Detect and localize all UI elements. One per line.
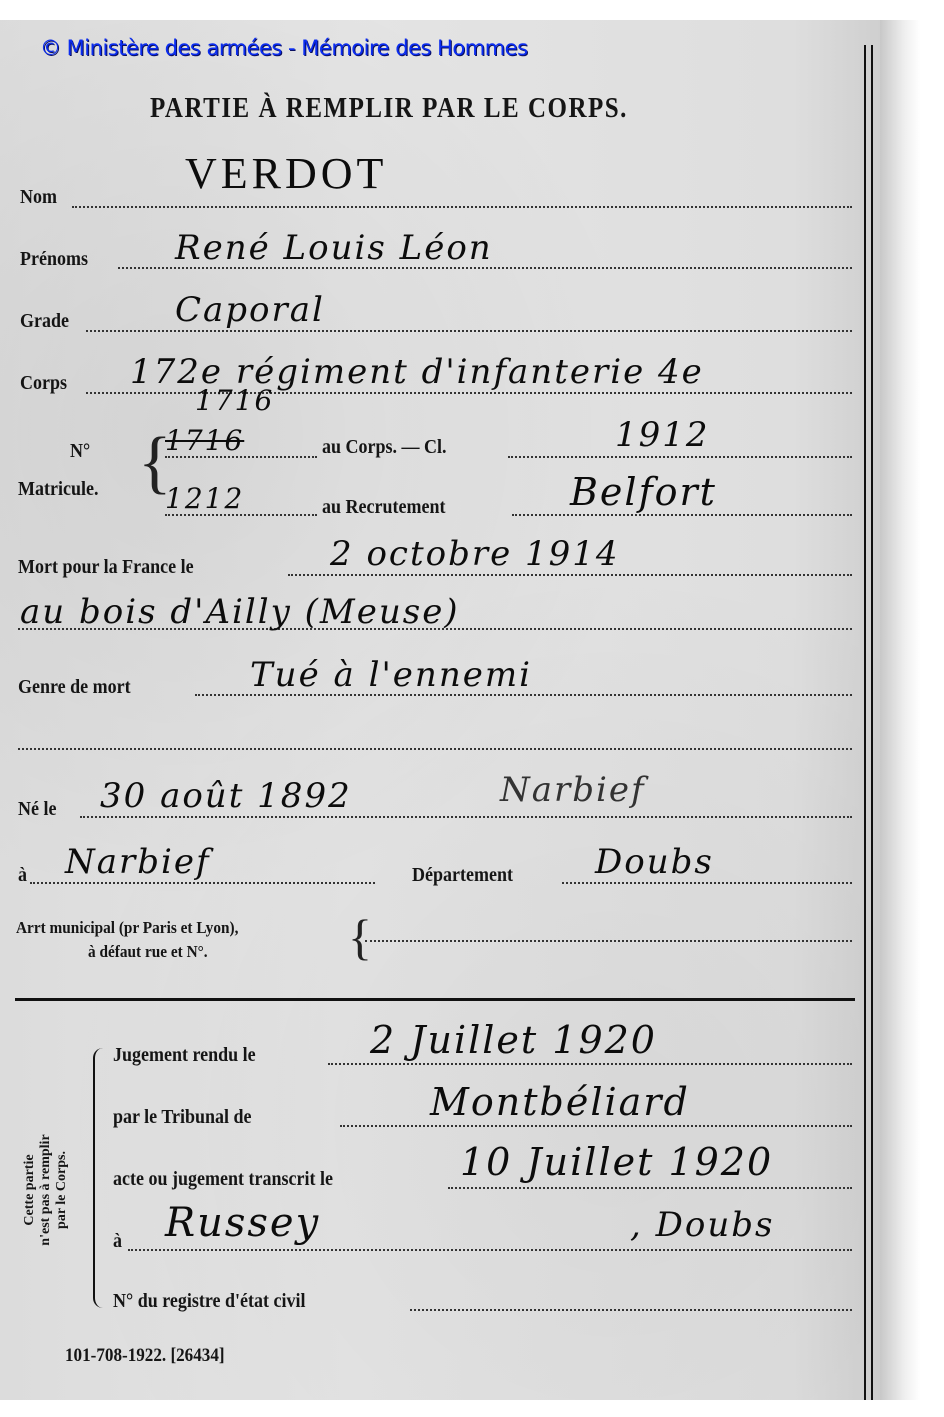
label-mort: Mort pour la France le bbox=[18, 556, 194, 579]
line-matricule-recrutement bbox=[165, 514, 317, 516]
label-departement: Département bbox=[412, 864, 513, 887]
label-ne: Né le bbox=[18, 798, 56, 821]
value-ne-note: Narbief bbox=[500, 770, 646, 810]
value-matricule-struck: 1716 bbox=[165, 424, 244, 457]
line-jugement-rendu bbox=[328, 1063, 852, 1065]
value-jugement-a: Russey bbox=[165, 1200, 320, 1246]
line-departement bbox=[562, 882, 852, 884]
margin-line-right bbox=[871, 45, 873, 1400]
label-registre: N° du registre d'état civil bbox=[113, 1290, 306, 1313]
line-tribunal bbox=[340, 1125, 852, 1127]
label-nom: Nom bbox=[20, 186, 57, 209]
label-a: à bbox=[18, 864, 27, 887]
label-jugement-rendu: Jugement rendu le bbox=[113, 1044, 256, 1067]
line-jugement-a bbox=[128, 1249, 852, 1251]
label-au-corps: au Corps. — Cl. bbox=[322, 436, 447, 459]
value-nom: VERDOT bbox=[185, 148, 387, 199]
document-scan bbox=[0, 20, 880, 1400]
value-a: Narbief bbox=[65, 842, 211, 882]
label-corps: Corps bbox=[20, 372, 67, 395]
line-ne bbox=[80, 816, 852, 818]
line-mort bbox=[288, 574, 852, 576]
copyright-watermark: © Ministère des armées - Mémoire des Hom… bbox=[40, 36, 528, 60]
label-arrondissement-1: Arrt municipal (pr Paris et Lyon), bbox=[16, 918, 238, 938]
line-a bbox=[30, 882, 375, 884]
label-no: N° bbox=[70, 440, 90, 463]
label-au-recrutement: au Recrutement bbox=[322, 496, 445, 519]
line-transcrit bbox=[448, 1187, 852, 1189]
form-heading: PARTIE À REMPLIR PAR LE CORPS. bbox=[150, 93, 628, 125]
line-arrondissement bbox=[365, 940, 852, 942]
line-grade bbox=[86, 330, 852, 332]
value-jugement-rendu: 2 Juillet 1920 bbox=[370, 1018, 657, 1062]
label-matricule: Matricule. bbox=[18, 478, 98, 501]
value-mort-place: au bois d'Ailly (Meuse) bbox=[20, 592, 460, 632]
label-prenoms: Prénoms bbox=[20, 248, 88, 271]
form-reference: 101-708-1922. [26434] bbox=[65, 1345, 225, 1367]
value-mort-date: 2 octobre 1914 bbox=[330, 534, 620, 574]
value-jugement-dept: , Doubs bbox=[630, 1205, 774, 1245]
value-ne: 30 août 1892 bbox=[100, 776, 352, 816]
value-departement: Doubs bbox=[595, 842, 714, 882]
label-transcrit: acte ou jugement transcrit le bbox=[113, 1168, 333, 1191]
value-matricule-correction: 1716 bbox=[195, 384, 274, 417]
value-genre-mort: Tué à l'ennemi bbox=[250, 655, 532, 695]
line-registre bbox=[410, 1309, 852, 1311]
brace-arrondissement: { bbox=[348, 912, 372, 962]
label-genre-mort: Genre de mort bbox=[18, 676, 131, 699]
paper-edge bbox=[880, 20, 920, 1400]
bracket-jugement bbox=[93, 1048, 105, 1308]
label-grade: Grade bbox=[20, 310, 69, 333]
value-tribunal: Montbéliard bbox=[430, 1080, 690, 1124]
section-divider bbox=[15, 998, 855, 1001]
value-prenoms: René Louis Léon bbox=[175, 228, 493, 268]
line-classe bbox=[508, 456, 852, 458]
value-classe: 1912 bbox=[615, 415, 710, 455]
value-recrutement: Belfort bbox=[570, 470, 717, 514]
value-transcrit: 10 Juillet 1920 bbox=[460, 1140, 773, 1184]
side-note: Cette partie n'est pas à remplir par le … bbox=[22, 1090, 122, 1290]
line-blank bbox=[18, 748, 852, 750]
label-jugement-a: à bbox=[113, 1230, 122, 1253]
value-matricule-recrutement: 1212 bbox=[165, 482, 244, 515]
value-grade: Caporal bbox=[175, 290, 325, 330]
line-nom bbox=[72, 206, 852, 208]
line-recrutement bbox=[512, 514, 852, 516]
margin-line-left bbox=[864, 45, 866, 1400]
label-tribunal: par le Tribunal de bbox=[113, 1106, 252, 1129]
line-matricule-corps bbox=[165, 456, 317, 458]
label-arrondissement-2: à défaut rue et N°. bbox=[88, 942, 208, 962]
